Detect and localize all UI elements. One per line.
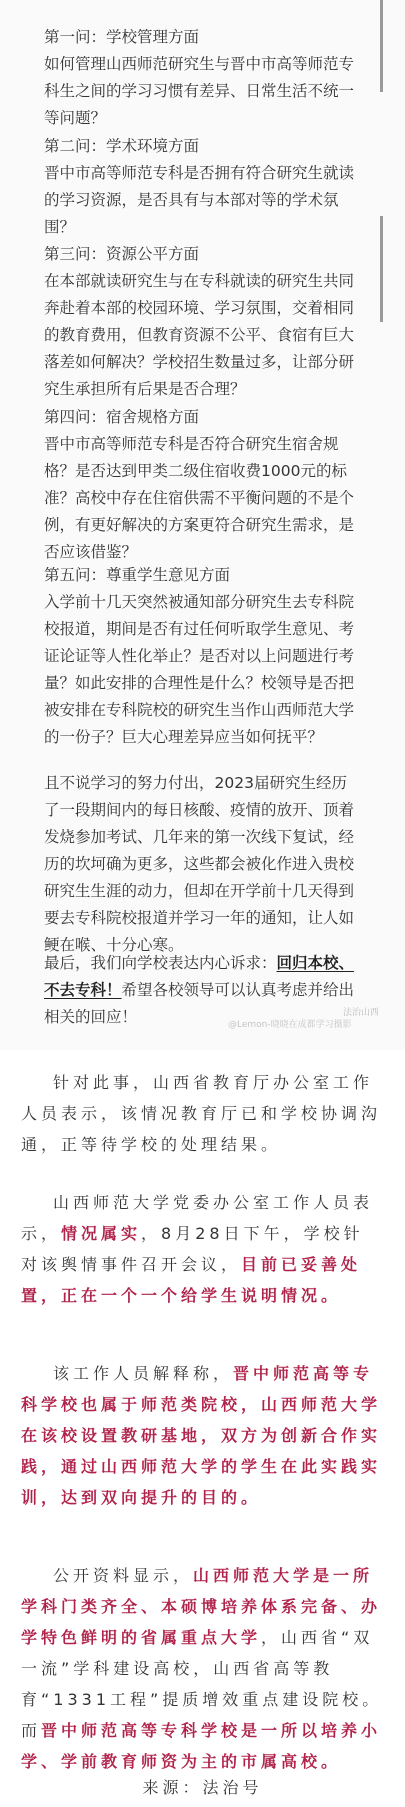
- question-body: 如何管理山西师范研究生与晋中市高等师范专科生之间的学习习惯有差异、日常生活不统一…: [44, 51, 362, 132]
- question-2: 第二问：学术环境方面 晋中市高等师范专科是否拥有符合研究生就读的学习资源，是否具…: [44, 133, 362, 241]
- article-paragraph-3: 该工作人员解释称，晋中师范高等专科学校也属于师范类院校，山西师范大学在该校设置教…: [21, 1358, 383, 1513]
- watermark: 法治山西 @Lemon-晓晓在成都学习摄影: [228, 1007, 379, 1031]
- article-paragraph-2: 山西师范大学党委办公室工作人员表示，情况属实，8月28日下午，学校针对该舆情事件…: [21, 1187, 383, 1311]
- question-5: 第五问：尊重学生意见方面 入学前十几天突然被通知部分研究生去专科院校报道，期间是…: [44, 562, 362, 751]
- paragraph-text: 且不说学习的努力付出，2023届研究生经历了一段期间内的每日核酸、疫情的放开、顶…: [44, 770, 362, 959]
- paragraph-text: 针对此事，山西省教育厅办公室工作人员表示，该情况教育厅已和学校协调沟通，正等待学…: [21, 1067, 383, 1160]
- question-title: 第四问：宿舍规格方面: [44, 404, 362, 431]
- highlight-text: 晋中师范高等专科学校也属于师范类院校，山西师范大学在该校设置教研基地，双方为创新…: [21, 1364, 381, 1507]
- article-paragraph-4: 公开资料显示，山西师范大学是一所学科门类齐全、本硕博培养体系完备、办学特色鲜明的…: [21, 1560, 383, 1777]
- question-3: 第三问：资源公平方面 在本部就读研究生与在专科就读的研究生共同奔赴着本部的校园环…: [44, 241, 362, 403]
- article-paragraph-1: 针对此事，山西省教育厅办公室工作人员表示，该情况教育厅已和学校协调沟通，正等待学…: [21, 1067, 383, 1160]
- question-body: 晋中市高等师范专科是否符合研究生宿舍规格？是否达到甲类二级住宿收费1000元的标…: [44, 431, 362, 566]
- highlight-text: 晋中师范高等专科学校是一所以培养小学、学前教育师资为主的市属高校。: [21, 1721, 381, 1771]
- text: 公开资料显示，: [53, 1566, 193, 1585]
- question-title: 第二问：学术环境方面: [44, 133, 362, 160]
- text: 该工作人员解释称，: [53, 1364, 233, 1383]
- scrollbar-line: [380, 216, 383, 322]
- question-4: 第四问：宿舍规格方面 晋中市高等师范专科是否符合研究生宿舍规格？是否达到甲类二级…: [44, 404, 362, 566]
- question-1: 第一问：学校管理方面 如何管理山西师范研究生与晋中市高等师范专科生之间的学习习惯…: [44, 24, 362, 132]
- appeal-prefix: 最后，我们向学校表达内心诉求：: [44, 954, 277, 972]
- watermark-line1: 法治山西: [228, 1007, 379, 1019]
- question-title: 第三问：资源公平方面: [44, 241, 362, 268]
- source-credit: 来源：法治号: [0, 1775, 405, 1798]
- question-body: 入学前十几天突然被通知部分研究生去专科院校报道，期间是否有过任何听取学生意见、考…: [44, 589, 362, 751]
- scrollbar-line: [380, 0, 383, 92]
- question-title: 第一问：学校管理方面: [44, 24, 362, 51]
- question-title: 第五问：尊重学生意见方面: [44, 562, 362, 589]
- question-body: 晋中市高等师范专科是否拥有符合研究生就读的学习资源，是否具有与本部对等的学术氛围…: [44, 160, 362, 241]
- watermark-line2: @Lemon-晓晓在成都学习摄影: [228, 1019, 379, 1031]
- paragraph-2023: 且不说学习的努力付出，2023届研究生经历了一段期间内的每日核酸、疫情的放开、顶…: [44, 770, 362, 959]
- highlight-text: 情况属实: [61, 1224, 141, 1243]
- question-body: 在本部就读研究生与在专科就读的研究生共同奔赴着本部的校园环境、学习氛围，交着相同…: [44, 268, 362, 403]
